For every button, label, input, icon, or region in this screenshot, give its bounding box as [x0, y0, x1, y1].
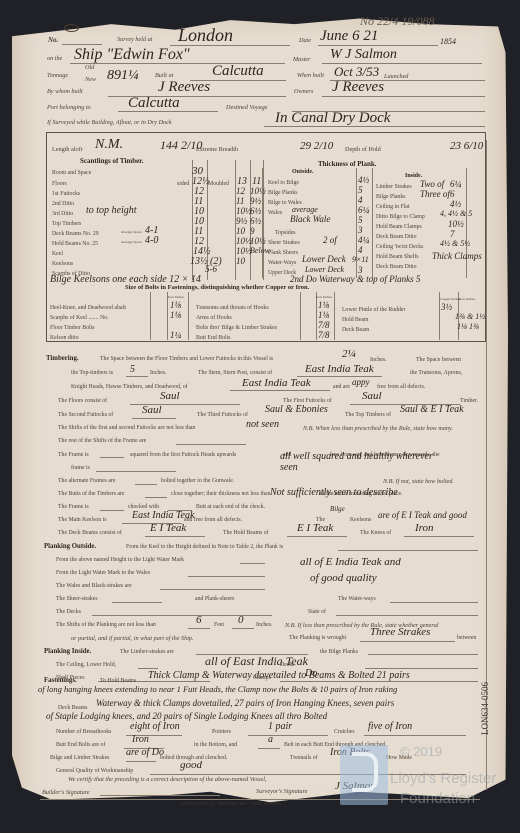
plank-title: Thickness of Plank. — [318, 160, 377, 168]
scantlings-title: Scantlings of Timber. — [80, 157, 143, 165]
date-label: Date — [299, 37, 311, 44]
year-value: 1854 — [440, 37, 456, 46]
length-aloft-label: Length aloft — [52, 146, 82, 153]
bilge-limber-value: are of Do — [126, 747, 164, 758]
planking-outside-title: Planking Outside. — [44, 543, 96, 550]
bolt-label: Deck Beam — [342, 327, 369, 333]
rest-shifts-label: The rest of the Shifts of the Frame are — [58, 438, 146, 444]
plank-inside-label: Hold Beam Clamps — [376, 224, 422, 230]
scantling-label-6: Deck Beams No. 29 — [52, 231, 99, 237]
bolt-label: Arms of Hooks — [196, 315, 232, 321]
pointers-value: 1 pair — [268, 721, 292, 732]
plank-outside-note: Lower Deck — [305, 265, 344, 274]
surveyed-label: If Surveyed while Building, Afloat, or i… — [47, 119, 172, 126]
top-timbers-value: Saul & E I Teak — [400, 404, 464, 415]
plank-outside-value: 4¼ — [358, 235, 369, 245]
scantling-keel-6: 9 — [250, 226, 255, 236]
defects-value: appy — [352, 377, 370, 387]
scantling-label-9: Keelsons — [52, 261, 73, 267]
scantling-note-10: 5-6 — [205, 264, 217, 274]
plank-outside-label: Wales — [268, 210, 282, 216]
owners-value: J Reeves — [332, 79, 384, 96]
plank-outside-value: 3 — [358, 225, 363, 235]
plank-inside-note: Thick Clamps — [432, 251, 482, 261]
scantling-label-8: Keel — [52, 251, 63, 257]
tonnage-new-value: 891¼ — [107, 68, 139, 84]
by-whom-built-label: By whom built — [47, 88, 83, 95]
scantling-keel-3: 9½ — [250, 196, 261, 206]
moulded-label: Moulded — [208, 181, 229, 187]
built-at-value: Calcutta — [212, 63, 264, 80]
deck-beams-fastening-value: Waterway & thick Clamps dovetailed, 27 p… — [96, 698, 394, 708]
destined-voyage-label: Destined Voyage — [226, 104, 267, 111]
quality-value: good — [180, 759, 202, 771]
bolt-label: Hold Beam — [342, 317, 369, 323]
scantling-keel-5: 6½ — [250, 216, 261, 226]
scantling-keel-2: 10½ — [250, 186, 266, 196]
builder-signature-label: Builder's Signature — [42, 789, 90, 796]
bolts-iron-header-2: Iron Inches. — [316, 295, 333, 299]
plank-inside-value: 4½ — [450, 199, 461, 209]
surveyed-value: In Canal Dry Dock — [275, 110, 390, 127]
shifts-value: not seen — [246, 419, 279, 430]
tonnage-label: Tonnage — [47, 72, 68, 79]
scantling-note-7: 4-0 — [145, 235, 158, 246]
plank-inside-value: 4½ & 5½ — [440, 239, 470, 248]
hold-beams-fastening-value: Thick Clamp & Waterway dovetailed to Bea… — [148, 670, 410, 681]
planking-text: From the above named Height to the Light… — [56, 557, 184, 563]
plank-outside-note: 2 of — [323, 235, 337, 245]
bottom-value: a — [268, 734, 273, 745]
scantling-note-4: to top height — [86, 205, 137, 216]
main-keelson-label: The Main Keelson is — [58, 517, 106, 523]
breasthooks-value: eight of Iron — [130, 721, 180, 732]
plank-outside-label: Sheer Strakes — [268, 240, 300, 246]
breasthooks-label: Number of Breasthooks — [56, 729, 111, 735]
bolt-value: 1⅛ — [318, 300, 329, 310]
scantling-moulded-9: 10 — [236, 256, 245, 266]
scantling-label-0: Room and Space — [52, 170, 91, 176]
bottom-label: in the Bottom, and — [194, 742, 237, 748]
floor-space-value: 2¼ — [342, 348, 356, 360]
scantling-moulded-3: 11 — [236, 196, 244, 206]
extreme-breadth-value: 29 2/10 — [300, 140, 333, 152]
bolts-title: Size of Bolts in Fastenings, distinguish… — [125, 284, 309, 291]
on-the-label: on the — [47, 55, 62, 62]
bolt-label: Heel-Knee, and Deadwood abaft — [50, 305, 126, 311]
bolt-value: 1¼ — [170, 330, 181, 340]
butt-end-bolts-label: Butt End Bolts are of — [56, 742, 105, 748]
timbering-text: The Stem, Stern Post, consist of — [198, 370, 272, 376]
frame-value: all well squared and healthy wherever se… — [280, 451, 450, 473]
deck-beams-label: The Deck Beams consist of — [58, 530, 122, 536]
master-label: Master — [293, 56, 311, 63]
plank-inside-value: 6 — [450, 189, 455, 199]
master-value: W J Salmon — [330, 47, 397, 63]
timbering-text: free from all defects. — [377, 384, 425, 390]
between-label: between — [457, 635, 476, 641]
second-futtocks-label: The Second Futtocks of — [58, 412, 113, 418]
bolt-iron-value: 1⅜ & 1½ — [455, 312, 485, 321]
plank-inside-label: Limber Strakes — [376, 184, 412, 190]
plank-inside-label: Ditto Bilge to Clamp — [376, 214, 425, 220]
hold-beams-value: E I Teak — [297, 522, 333, 534]
crutches-value: five of Iron — [368, 721, 412, 732]
plank-outside-label: Water-Ways — [268, 260, 296, 266]
depth-of-hold-label: Depth of Hold — [345, 146, 381, 153]
when-built-value: Oct 3/53 — [334, 64, 379, 80]
third-futtocks-label: The Third Futtocks of — [197, 412, 248, 418]
deck-beams-value: E I Teak — [150, 522, 186, 534]
bolt-label: Scarphs of Keel ....... No. — [50, 315, 109, 321]
planking-text: From the Light Water Mark to the Wales — [56, 570, 150, 576]
no-label: No. — [48, 36, 58, 44]
hold-beams-label: The Hold Beams of — [223, 530, 269, 536]
plank-inside-label: Bilge Planks — [376, 194, 405, 200]
plank-outside-title: Outside. — [292, 169, 314, 175]
planking-bracket-value-1: all of E India Teak and — [300, 556, 401, 568]
floors-value: Saul — [160, 390, 180, 402]
date-value: June 6 21 — [320, 28, 378, 45]
bolts-iron-header-3: Iron Inches. — [459, 297, 476, 301]
timbering-text: Inches. — [150, 370, 167, 376]
bolt-label: Butt End Bolts — [196, 335, 230, 341]
butt-end-bolts-value: Iron — [132, 734, 149, 745]
watermark-org-line1: Lloyd's Register — [390, 770, 496, 787]
keelsons-label: Keelsons — [350, 517, 371, 523]
tonnage-old-label: Old — [85, 64, 94, 71]
scantling-label-1: Floors — [52, 181, 67, 187]
scantling-keel-7: 10½ — [250, 236, 266, 246]
bilge-planks-label: the Bilge Planks — [320, 649, 358, 655]
scantling-keel-8: Below — [250, 246, 270, 255]
shifts-note: N.B. When less than prescribed by the Ru… — [303, 425, 453, 432]
scantling-label-3: 2nd Ditto — [52, 201, 74, 207]
timbering-text: The Space between the Floor Timbers and … — [100, 356, 273, 362]
plank-outside-label: Topsides — [275, 230, 296, 236]
alternate-frames-label: The alternate Frames are — [58, 478, 115, 484]
planking-bracket-value-2: of good quality — [310, 572, 377, 584]
deadwood-value: East India Teak — [242, 377, 311, 389]
plank-outside-value: 5 — [358, 185, 363, 195]
shifts-planking-label: The Shifts of the Planking are not less … — [56, 622, 156, 628]
frame-chocked-label: The Frame is — [58, 504, 89, 510]
state-of-label: State of — [308, 609, 326, 615]
inches-label: Inches. — [256, 622, 273, 628]
built-at-label: Built at — [155, 72, 173, 79]
plank-inside-value: 7 — [450, 229, 455, 239]
hold-beams-fastening-value-2: of long hanging knees extending to near … — [38, 684, 397, 694]
timbering-text: The Space between — [416, 357, 461, 363]
plank-outside-value: 4 — [358, 245, 363, 255]
survey-held-label: Survey held at — [117, 36, 152, 43]
timbering-title: Timbering. — [46, 355, 79, 362]
bolt-label: Floor Timber Bolts — [50, 325, 94, 331]
wrought-label: The Planking is wrought — [289, 635, 346, 641]
lr-logo-glyph-icon — [352, 752, 378, 792]
watermark-org-line2: Foundation — [400, 790, 475, 807]
plank-outside-note: Black Wale — [290, 214, 330, 224]
bilge-keelson-value: Bilge — [330, 505, 345, 513]
plank-sheers-label: and Plank-sheers — [195, 596, 234, 602]
bolt-value: 7/8 — [318, 330, 330, 340]
limber-strakes-label: The Limber-strakes are — [120, 649, 174, 655]
plank-outside-value: 9×11 — [352, 255, 369, 264]
butts-label: The Butts of the Timbers are — [58, 491, 125, 497]
knees-value: Iron — [415, 522, 434, 534]
crutches-label: Crutches — [334, 729, 355, 735]
bolt-value: 1⅛ — [170, 300, 181, 310]
planking-inside-title: Planking Inside. — [44, 648, 91, 655]
timbering-text: Butt at each end of the chock. — [196, 504, 265, 510]
shifts-feet-value: 6 — [196, 614, 202, 626]
scantling-label-7: Hold Beams No. 25 — [52, 241, 98, 247]
plank-inside-label: Deck Beam Ditto — [376, 264, 417, 270]
plank-inside-note: Two of — [420, 179, 444, 189]
timbering-text: N.B. If not, state how bolted. — [383, 478, 454, 485]
plank-inside-label: Ceiling 'twixt Decks — [376, 244, 423, 250]
plank-inside-value: 10½ — [448, 219, 464, 229]
plank-outside-note: average — [292, 205, 318, 214]
archive-reference: LON634-0506 — [480, 682, 490, 735]
survey-number: 636 — [64, 24, 79, 32]
first-futtocks-value: Saul — [362, 390, 382, 402]
when-built-label: When built — [297, 72, 324, 79]
deck-beams-fastening-value-2: of Staple Lodging knees, and 20 pairs of… — [46, 711, 327, 721]
port-label: Port belonging to — [47, 104, 91, 111]
bolt-label: Lower Pintle of the Rudder — [342, 307, 405, 313]
top-timbers-space-value: 5 — [130, 364, 135, 375]
decks-label: Decks — [280, 662, 295, 668]
scantling-label-4: 3rd Ditto — [52, 211, 73, 217]
decks-label: The Decks — [56, 609, 81, 615]
bolt-label: Transoms and throats of Hooks — [196, 305, 269, 311]
scantling-moulded-6: 10 — [236, 226, 245, 236]
timbering-text: bolted together to the Gunwale. — [161, 478, 234, 484]
bolt-iron-value: 1⅛ 1⅜ — [457, 322, 479, 331]
scantling-moulded-2: 12 — [236, 186, 245, 196]
average-space-label-2: Average Space — [121, 240, 142, 244]
plank-outside-label: Keel to Bilge — [268, 180, 299, 186]
scantling-label-2: 1st Futtocks — [52, 191, 80, 197]
water-ways-label: The Water-ways — [338, 596, 376, 602]
plank-outside-value: 6¼ — [358, 205, 369, 215]
shifts-label: The Shifts of the first and second Futto… — [58, 425, 195, 431]
floors-label: The Floors consist of — [58, 398, 107, 404]
plank-outside-note: Lower Deck — [302, 254, 346, 264]
bolt-copper-value: 3½ — [441, 302, 452, 312]
length-note: N.M. — [95, 137, 123, 153]
timbering-text: close together; their thickness not less… — [171, 491, 271, 497]
second-futtocks-value: Saul — [142, 404, 162, 416]
plank-inside-value: 6¼ — [450, 179, 461, 189]
plank-inside-label: Deck Beam Ditto — [376, 234, 417, 240]
bolt-label: Bolts thro' Bilge & Limber Strakes — [196, 325, 277, 331]
tonnage-new-label: New — [85, 76, 96, 83]
timbering-text: squared from the first Futtock Heads upw… — [130, 452, 236, 458]
plank-inside-label: Ceiling in Flat — [376, 204, 410, 210]
wrought-value: Three Strakes — [370, 626, 430, 638]
certify-text: We certify that the preceding is a corre… — [68, 776, 266, 783]
timbering-text: the Transoms, Aprons, — [410, 370, 462, 376]
depth-of-hold-value: 23 6/10 — [450, 140, 483, 152]
owners-label: Owners — [294, 88, 313, 95]
extreme-breadth-label: Extreme Breadth — [196, 146, 238, 153]
average-space-label-1: Average Space — [121, 230, 142, 234]
scantling-moulded-5: 9½ — [236, 216, 247, 226]
bilge-limber-label: Bilge and Limber Strakes — [50, 755, 109, 761]
surveyor-signature-label: Surveyor's Signature — [256, 788, 307, 795]
plank-inside-label: Hold Beam Shelfs — [376, 254, 419, 260]
stem-value: East India Teak — [305, 363, 374, 375]
pointers-label: Pointers — [212, 729, 231, 735]
plank-outside-value: 4 — [358, 195, 363, 205]
frame-label: The Frame is — [58, 452, 89, 458]
port-value: Calcutta — [128, 95, 180, 112]
frame-is-label: frame is — [71, 465, 90, 471]
knees-label: The Knees of — [360, 530, 391, 536]
by-whom-built-value: J Reeves — [158, 79, 210, 96]
printer-imprint: STEVENS AND CO., PRINTERS, BELL YARD, LO… — [180, 802, 282, 806]
scantling-keel-4: 6½ — [250, 206, 261, 216]
butts-value: Not sufficiently seen to describe — [270, 487, 398, 498]
top-timbers-label: The Top Timbers of — [345, 412, 391, 418]
fastenings-title: Fastenings. — [44, 677, 77, 684]
sided-label: sided — [177, 181, 189, 187]
bolt-value: 1⅛ — [318, 310, 329, 320]
plank-bottom-note: 2nd Do Waterway & top of Planks 5 — [290, 274, 420, 284]
timbering-text: and free from all defects. — [184, 517, 242, 523]
shifts-inches-value: 0 — [238, 614, 244, 626]
bolt-value: 7/8 — [318, 320, 330, 330]
ship-name: Ship "Edwin Fox" — [74, 46, 190, 64]
survey-held-value: London — [178, 25, 233, 46]
timbering-text: and are — [333, 384, 350, 390]
quality-label: General Quality of Workmanship — [56, 768, 133, 774]
plank-inside-value: 4, 4½ & 5 — [440, 209, 472, 218]
plank-outside-label: Bilge Planks — [268, 190, 297, 196]
treenails-label: Treenails of — [290, 755, 318, 761]
feet-label: Feet — [214, 622, 224, 628]
scantling-label-5: Top Timbers — [52, 221, 81, 227]
planking-text: The Wales and Black-strakes are — [56, 583, 132, 589]
copyright-text: © 2019 — [400, 744, 442, 759]
planking-text: or partial, and if partial, in what part… — [71, 635, 194, 642]
plank-outside-label: Plank Sheers — [268, 250, 298, 256]
sheer-strakes-label: The Sheer-strakes — [56, 596, 98, 602]
plank-outside-value: 4½ — [358, 175, 369, 185]
timbering-text: the Top-timbers is — [71, 370, 113, 376]
ceiling-label: The Ceiling, Lower Hold, — [56, 662, 116, 668]
bolt-value: 1⅛ — [170, 310, 181, 320]
launched-label: Launched — [384, 73, 408, 80]
plank-inside-note: Three of — [420, 189, 450, 199]
third-futtocks-value: Saul & Ebonies — [265, 404, 328, 415]
bolts-iron-header-1: Iron Inches. — [168, 295, 185, 299]
reference-number: No 22/4 19/088 — [360, 14, 435, 29]
bolt-label: Kelson ditto — [50, 335, 79, 341]
plank-outside-value: 5 — [358, 215, 363, 225]
keelsons-value: are of E I Teak and good — [378, 510, 467, 520]
planking-text: From the Keel to the Height defined in N… — [126, 544, 283, 550]
